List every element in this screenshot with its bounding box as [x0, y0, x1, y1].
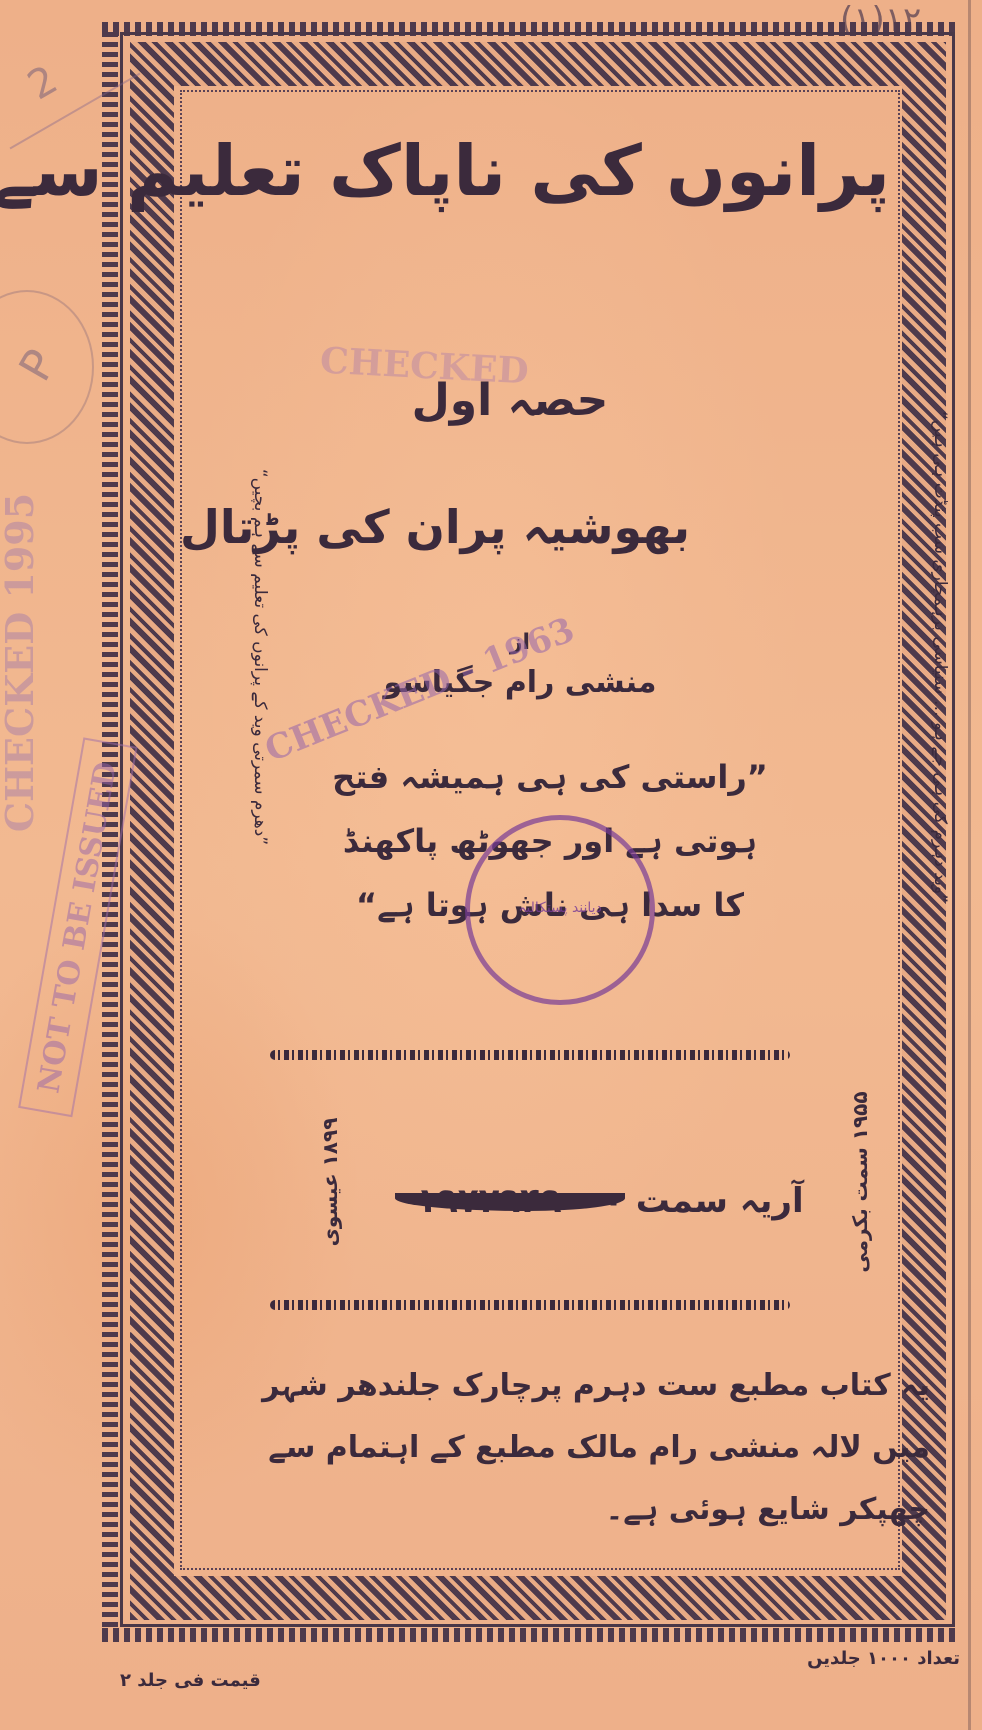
- date-samvat: ۱۹۵۵ سمت بکرمی: [848, 1082, 872, 1282]
- page-edge: [968, 0, 971, 1730]
- stamp-checked-1995: CHECKED 1995: [0, 493, 42, 832]
- side-note-left: ”دھرم سمرتی وید کے پرانوں کی تعلیم سے ہم…: [243, 377, 277, 937]
- seal-text: دیانند پستکالیہ: [470, 900, 650, 916]
- part-label: حصہ اول: [380, 375, 640, 426]
- border-teeth-bottom: [102, 1628, 958, 1642]
- publisher-imprint: یہ کتاب مطبع ست دہرم پرچارک جلندھر شہر م…: [210, 1355, 930, 1541]
- print-run: تعداد ۱۰۰۰ جلدیں: [780, 1648, 960, 1669]
- circular-library-seal: دیانند پستکالیہ: [465, 815, 655, 1005]
- pencil-catalog-number: (۱)۱۲: [840, 0, 921, 40]
- ornament-divider-bottom: [270, 1300, 790, 1310]
- date-christian: ۱۸۹۹ عیسوی: [318, 1082, 342, 1282]
- book-title: پرانوں کی ناپاک تعلیم سے بچو!: [190, 130, 890, 212]
- era-label: آریہ سمت: [636, 1181, 804, 1221]
- ornament-divider-top: [270, 1050, 790, 1060]
- side-note-right: ”وید دہرم کی ہی جے ہو … سنیاسی برہمچاری …: [923, 377, 957, 937]
- price: قیمت فی جلد ۲: [120, 1670, 300, 1691]
- book-subtitle: بھوشیہ پران کی پڑتال: [330, 500, 690, 554]
